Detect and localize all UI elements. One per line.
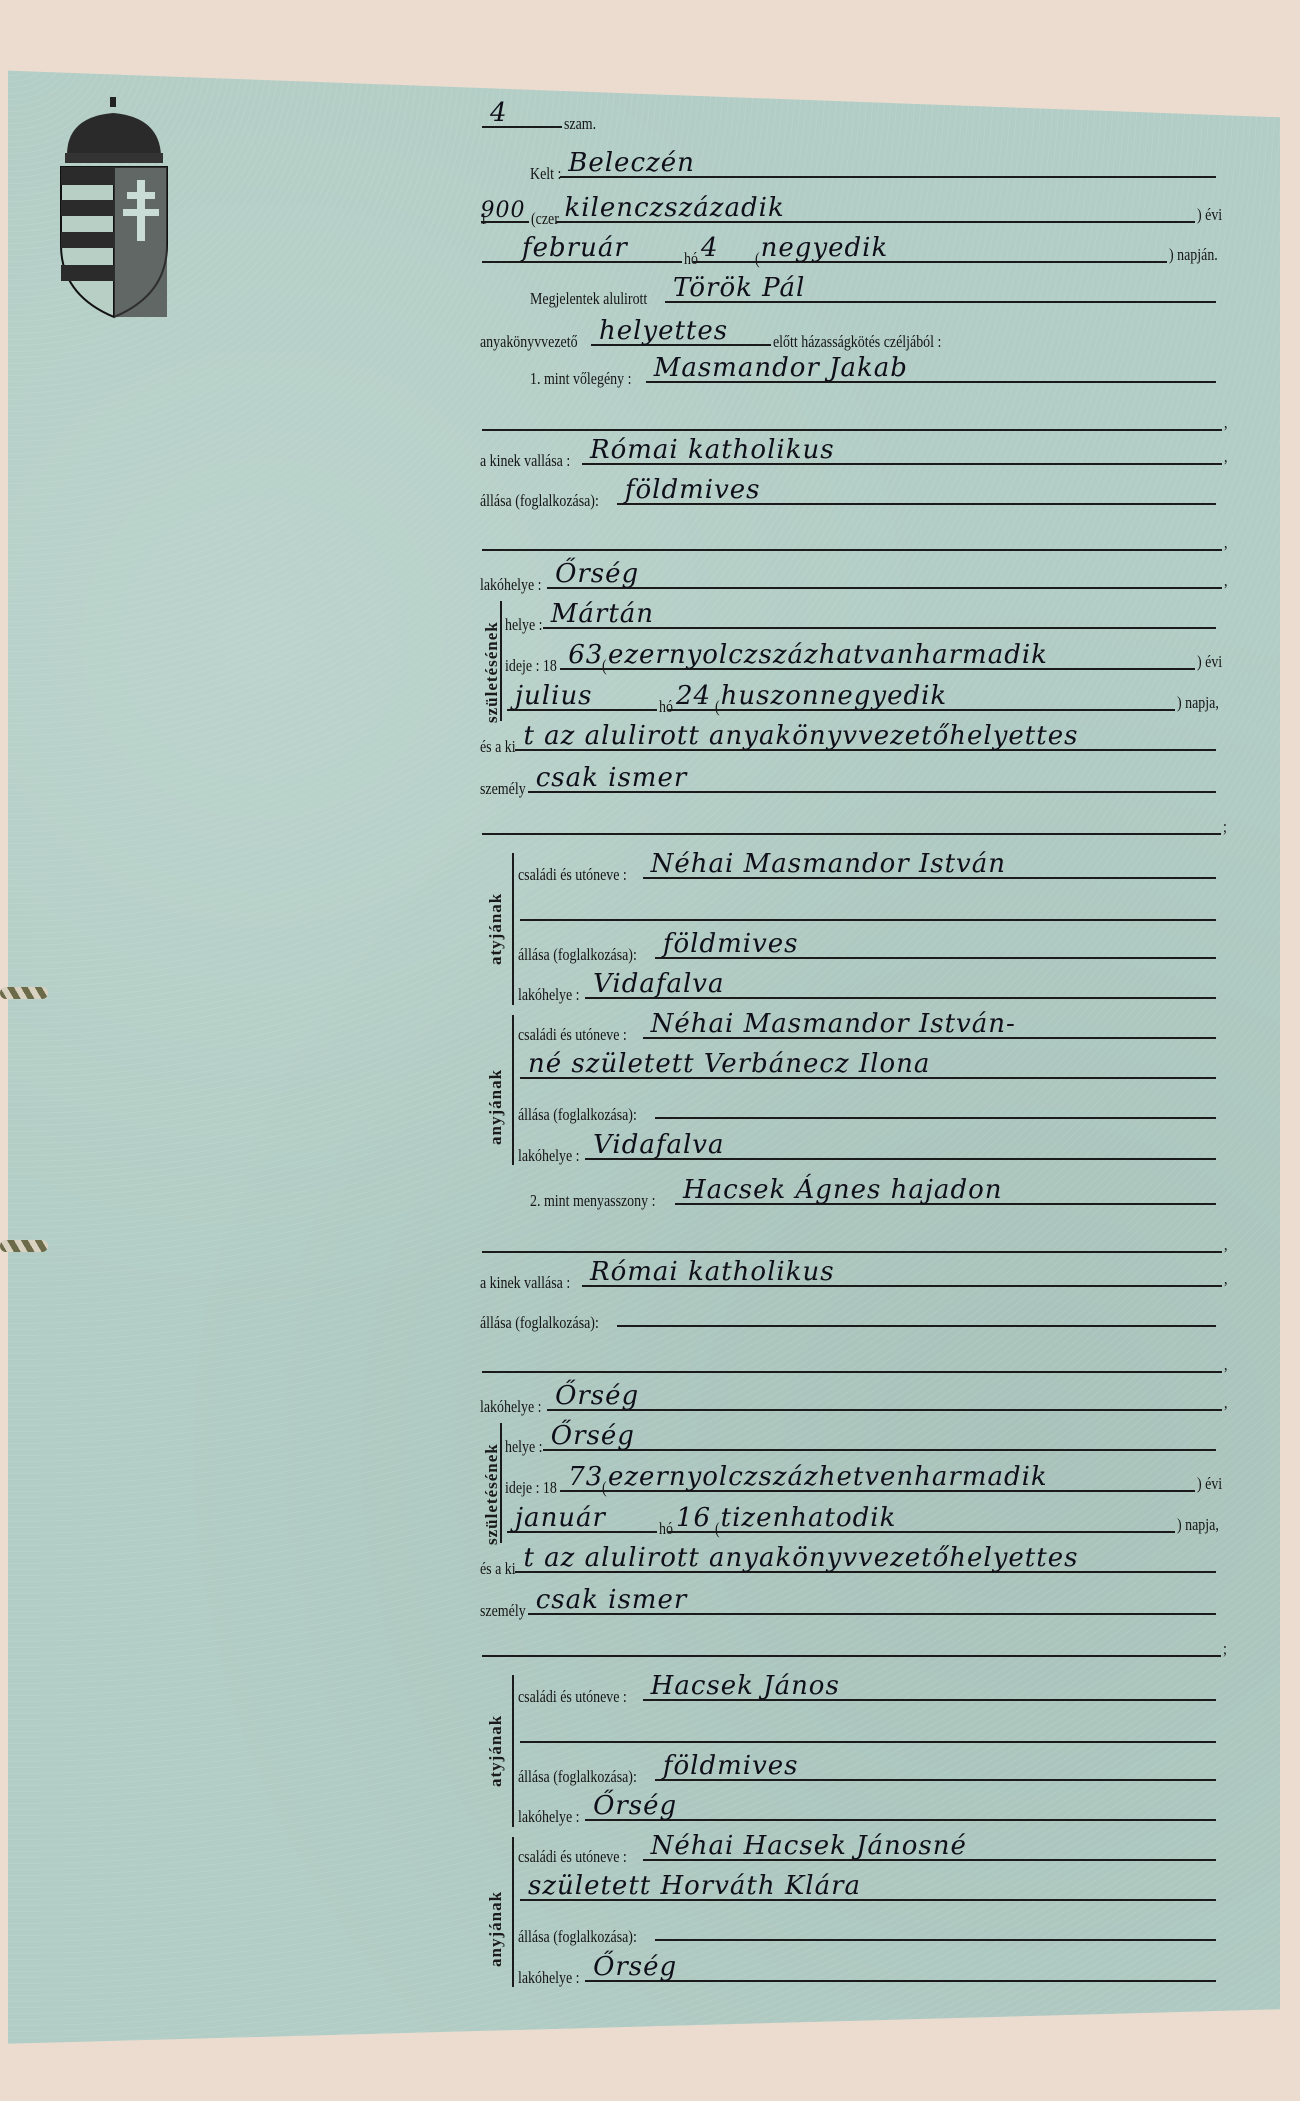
registrar-role-row: anyakönyvvezető helyettes előtt házasság… — [480, 318, 1218, 352]
birth-year-row: ideje : 1863(ezernyolczszázhatvanharmadi… — [505, 642, 1218, 676]
day-value: 4 — [701, 233, 719, 263]
mother-residence-label: lakóhelye : — [518, 1146, 580, 1166]
birth-place-value: Mártán — [551, 599, 654, 629]
birth-place-row: helye :Őrség — [505, 1423, 1218, 1457]
blank-row: , — [480, 523, 1218, 557]
religion-label: a kinek vallása : — [480, 1273, 570, 1293]
person-name: Hacsek Ágnes hajadon — [683, 1175, 1003, 1205]
father-name-label: családi és utóneve : — [518, 1687, 627, 1707]
comma: , — [1224, 1269, 1227, 1289]
date-row: február hó 4 ( negyedik ) napján. — [480, 235, 1218, 269]
mother-occupation-label: állása (foglalkozása): — [518, 1927, 637, 1947]
father-residence-label: lakóhelye : — [518, 985, 580, 1005]
father-occupation: földmives — [663, 1751, 799, 1781]
birth-day-row: juliushó24(huszonnegyedik) napja, — [505, 683, 1218, 717]
coat-of-arms-icon — [55, 95, 173, 320]
person-label: személy — [480, 779, 526, 799]
birth-day-words: huszonnegyedik — [721, 681, 948, 711]
megjelentek-label: Megjelentek alulirott — [530, 289, 647, 309]
mother-name-line2: született Horváth Klára — [528, 1871, 861, 1901]
birth-place-label: helye : — [505, 615, 543, 635]
person-name: Masmandor Jakab — [654, 353, 908, 383]
religion-label: a kinek vallása : — [480, 451, 570, 471]
comma: , — [1224, 413, 1227, 433]
purpose-label: előtt házasságkötés czéljából : — [773, 332, 941, 352]
anyakonyvvezeto-label: anyakönyvvezető — [480, 332, 578, 352]
evi-label: ) évi — [1197, 1474, 1222, 1494]
father-occupation-label: állása (foglalkozása): — [518, 945, 637, 965]
occupation-row: állása (foglalkozása): — [480, 1299, 1218, 1333]
father-name-label: családi és utóneve : — [518, 865, 627, 885]
birth-group-label: születésének — [482, 1443, 502, 1545]
mother-residence-row: lakóhelye :Őrség — [518, 1954, 1218, 1988]
father-blank-row — [518, 893, 1218, 927]
father-residence-row: lakóhelye :Vidafalva — [518, 971, 1218, 1005]
person-label: személy — [480, 1601, 526, 1621]
mother-residence-label: lakóhelye : — [518, 1968, 580, 1988]
mother-occupation-label: állása (foglalkozása): — [518, 1105, 637, 1125]
mother-name-row: családi és utóneve :Néhai Hacsek Jánosné — [518, 1833, 1218, 1867]
registrar-row: Megjelentek alulirott Török Pál — [530, 275, 1218, 309]
known-label: és a ki — [480, 1559, 516, 1579]
mother-name-row-2: né született Verbánecz Ilona — [518, 1051, 1218, 1085]
birth-year-words: ezernyolczszázhetvenharmadik — [608, 1462, 1048, 1492]
birth-year-words: ezernyolczszázhatvanharmadik — [608, 640, 1048, 670]
father-name-row: családi és utóneve :Hacsek János — [518, 1673, 1218, 1707]
father-occupation-row: állása (foglalkozása):földmives — [518, 1753, 1218, 1787]
birth-year-row: ideje : 1873(ezernyolczszázhetvenharmadi… — [505, 1464, 1218, 1498]
father-residence: Vidafalva — [593, 969, 724, 999]
szam-label: szam. — [564, 114, 596, 134]
residence-value: Őrség — [555, 559, 639, 589]
month-value: február — [522, 233, 628, 263]
name-row: 2. mint menyasszony :Hacsek Ágnes hajado… — [530, 1177, 1218, 1211]
father-bracket — [512, 1675, 520, 1827]
blank-row: ; — [480, 807, 1218, 841]
comma: , — [1224, 1235, 1227, 1255]
mother-occupation-row: állása (foglalkozása): — [518, 1091, 1218, 1125]
known-value: t az alulirott anyakönyvvezetőhelyettes — [523, 1543, 1078, 1573]
napja-label: ) napja, — [1177, 693, 1219, 713]
father-residence-label: lakóhelye : — [518, 1807, 580, 1827]
father-name-row: családi és utóneve :Néhai Masmandor Istv… — [518, 851, 1218, 885]
birth-group-label: születésének — [482, 621, 502, 723]
birth-day-row: januárhó16(tizenhatodik) napja, — [505, 1505, 1218, 1539]
person-value: csak ismer — [536, 763, 688, 793]
birth-day-words: tizenhatodik — [721, 1503, 897, 1533]
binding-string-top — [0, 987, 48, 999]
residence-row: lakóhelye :Őrség, — [480, 561, 1218, 595]
blank-row: , — [480, 403, 1218, 437]
binding-string-bottom — [0, 1240, 48, 1252]
birth-day: 24 — [676, 681, 711, 711]
occupation-value: földmives — [625, 475, 761, 505]
registrar-role: helyettes — [599, 316, 728, 346]
registrar-name: Török Pál — [673, 273, 805, 303]
religion-value: Római katholikus — [590, 1257, 835, 1287]
person-row: személycsak ismer — [480, 1587, 1218, 1621]
role-label: 2. mint menyasszony : — [530, 1191, 655, 1211]
mother-name-line2: né született Verbánecz Ilona — [528, 1049, 930, 1079]
mother-residence: Vidafalva — [593, 1130, 724, 1160]
comma: , — [1224, 533, 1227, 553]
known-row: és a kit az alulirott anyakönyvvezetőhel… — [480, 723, 1218, 757]
father-group-label: atyjának — [486, 893, 506, 965]
comma: , — [1224, 1393, 1227, 1413]
father-name: Néhai Masmandor István — [651, 849, 1006, 879]
religion-row: a kinek vallása :Római katholikus, — [480, 437, 1218, 471]
father-occupation: földmives — [663, 929, 799, 959]
mother-occupation-row: állása (foglalkozása): — [518, 1913, 1218, 1947]
residence-label: lakóhelye : — [480, 575, 542, 595]
residence-label: lakóhelye : — [480, 1397, 542, 1417]
birth-day: 16 — [676, 1503, 711, 1533]
father-occupation-row: állása (foglalkozása):földmives — [518, 931, 1218, 965]
napjan-label: ) napján. — [1169, 245, 1218, 265]
residence-value: Őrség — [555, 1381, 639, 1411]
religion-value: Római katholikus — [590, 435, 835, 465]
person-value: csak ismer — [536, 1585, 688, 1615]
known-row: és a kit az alulirott anyakönyvvezetőhel… — [480, 1545, 1218, 1579]
mother-bracket — [512, 1837, 520, 1987]
role-label: 1. mint vőlegény : — [530, 369, 631, 389]
semicolon: ; — [1223, 817, 1227, 837]
birth-month: január — [515, 1503, 606, 1533]
father-blank-row — [518, 1715, 1218, 1749]
kelt-label: Kelt : — [530, 164, 561, 184]
napja-label: ) napja, — [1177, 1515, 1219, 1535]
entry-number: 4 — [490, 98, 508, 128]
kelt-value: Beleczén — [568, 148, 695, 178]
mother-residence: Őrség — [593, 1952, 677, 1982]
father-group-label: atyjának — [486, 1715, 506, 1787]
mother-name-line1: Néhai Masmandor István- — [651, 1009, 1016, 1039]
residence-row: lakóhelye :Őrség, — [480, 1383, 1218, 1417]
birth-year-digits: 63 — [568, 640, 603, 670]
mother-group-label: anyjának — [486, 1069, 506, 1145]
birth-place-value: Őrség — [551, 1421, 635, 1451]
father-residence: Őrség — [593, 1791, 677, 1821]
religion-row: a kinek vallása :Római katholikus, — [480, 1259, 1218, 1293]
birth-place-row: helye :Mártán — [505, 601, 1218, 635]
kelt-row: Kelt : Beleczén — [530, 150, 1218, 184]
mother-name-line1: Néhai Hacsek Jánosné — [651, 1831, 967, 1861]
birth-place-label: helye : — [505, 1437, 543, 1457]
year-words-label: (czer — [531, 209, 559, 229]
father-bracket — [512, 853, 520, 1005]
name-row: 1. mint vőlegény :Masmandor Jakab — [530, 355, 1218, 389]
mother-name-label: családi és utóneve : — [518, 1025, 627, 1045]
comma: , — [1224, 1355, 1227, 1375]
birth-date-label: ideje : 18 — [505, 1478, 557, 1498]
mother-group-label: anyjának — [486, 1891, 506, 1967]
known-value: t az alulirott anyakönyvvezetőhelyettes — [523, 721, 1078, 751]
mother-name-row: családi és utóneve :Néhai Masmandor Istv… — [518, 1011, 1218, 1045]
year-value: 900 — [481, 198, 526, 223]
father-name: Hacsek János — [651, 1671, 840, 1701]
blank-row: , — [480, 1225, 1218, 1259]
year-end-label: ) évi — [1197, 205, 1222, 225]
birth-year-digits: 73 — [568, 1462, 603, 1492]
comma: , — [1224, 447, 1227, 467]
birth-date-label: ideje : 18 — [505, 656, 557, 676]
known-label: és a ki — [480, 737, 516, 757]
occupation-row: állása (foglalkozása):földmives — [480, 477, 1218, 511]
entry-number-row: 4 szam. — [480, 100, 680, 134]
day-words-value: negyedik — [761, 233, 889, 263]
year-words-value: kilenczszázadik — [564, 193, 784, 223]
occupation-label: állása (foglalkozása): — [480, 491, 599, 511]
father-occupation-label: állása (foglalkozása): — [518, 1767, 637, 1787]
blank-row: , — [480, 1345, 1218, 1379]
mother-residence-row: lakóhelye :Vidafalva — [518, 1132, 1218, 1166]
father-residence-row: lakóhelye :Őrség — [518, 1793, 1218, 1827]
year-row: 1 900 (czer kilenczszázadik ) évi — [480, 195, 1218, 229]
comma: , — [1224, 571, 1227, 591]
mother-name-row-2: született Horváth Klára — [518, 1873, 1218, 1907]
mother-name-label: családi és utóneve : — [518, 1847, 627, 1867]
evi-label: ) évi — [1197, 652, 1222, 672]
mother-bracket — [512, 1015, 520, 1165]
occupation-label: állása (foglalkozása): — [480, 1313, 599, 1333]
semicolon: ; — [1223, 1639, 1227, 1659]
birth-month: julius — [515, 681, 593, 711]
person-row: személycsak ismer — [480, 765, 1218, 799]
blank-row: ; — [480, 1629, 1218, 1663]
